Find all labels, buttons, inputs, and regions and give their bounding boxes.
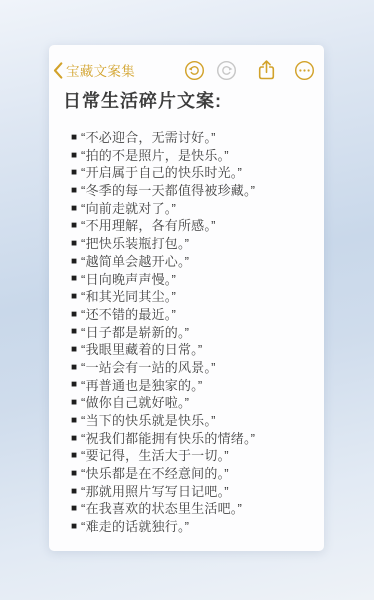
list-item-text: “一站会有一站的风景。” <box>81 359 216 377</box>
square-bullet-icon: ■ <box>71 380 77 390</box>
square-bullet-icon: ■ <box>71 274 77 284</box>
list-item: ■ “和其光同其尘。” <box>71 288 318 306</box>
list-item-text: “当下的快乐就是快乐。” <box>81 412 216 430</box>
square-bullet-icon: ■ <box>71 398 77 408</box>
list-item: ■ “再普通也是独家的。” <box>71 377 318 395</box>
share-icon[interactable] <box>256 59 277 81</box>
list-item: ■ “那就用照片写写日记吧。” <box>71 483 318 501</box>
square-bullet-icon: ■ <box>71 434 77 444</box>
list-item: ■ “在我喜欢的状态里生活吧。” <box>71 500 318 518</box>
list-item-text: “祝我们都能拥有快乐的情绪。” <box>81 430 255 448</box>
square-bullet-icon: ■ <box>71 310 77 320</box>
list-item: ■ “快乐都是在不经意间的。” <box>71 465 318 483</box>
nav-bar: 宝藏文案集 <box>53 58 315 82</box>
square-bullet-icon: ■ <box>71 257 77 267</box>
square-bullet-icon: ■ <box>71 186 77 196</box>
undo-icon[interactable] <box>184 60 205 81</box>
list-item-text: “还不错的最近。” <box>81 306 176 324</box>
square-bullet-icon: ■ <box>71 204 77 214</box>
list-item: ■ “把快乐装瓶打包。” <box>71 235 318 253</box>
list-item: ■ “越简单会越开心。” <box>71 253 318 271</box>
list-item: ■ “不必迎合，无需讨好。” <box>71 129 318 147</box>
square-bullet-icon: ■ <box>71 345 77 355</box>
list-item-text: “我眼里藏着的日常。” <box>81 341 202 359</box>
page-background: { "colors": { "accent": "#d2a22a", "icon… <box>0 0 374 600</box>
list-item-text: “不用理解，各有所感。” <box>81 217 216 235</box>
list-item-text: “开启属于自己的快乐时光。” <box>81 164 242 182</box>
list-item: ■ “拍的不是照片，是快乐。” <box>71 147 318 165</box>
square-bullet-icon: ■ <box>71 221 77 231</box>
list-item: ■ “冬季的每一天都值得被珍藏。” <box>71 182 318 200</box>
list-item-text: “日子都是崭新的。” <box>81 324 189 342</box>
square-bullet-icon: ■ <box>71 363 77 373</box>
square-bullet-icon: ■ <box>71 451 77 461</box>
square-bullet-icon: ■ <box>71 133 77 143</box>
square-bullet-icon: ■ <box>71 522 77 532</box>
square-bullet-icon: ■ <box>71 151 77 161</box>
list-item: ■ “当下的快乐就是快乐。” <box>71 412 318 430</box>
list-item-text: “向前走就对了。” <box>81 200 176 218</box>
square-bullet-icon: ■ <box>71 504 77 514</box>
list-item-text: “和其光同其尘。” <box>81 288 176 306</box>
redo-icon[interactable] <box>216 60 237 81</box>
list-item-text: “越简单会越开心。” <box>81 253 189 271</box>
list-item: ■ “向前走就对了。” <box>71 200 318 218</box>
list-item-text: “难走的话就独行。” <box>81 518 189 536</box>
list-item: ■ “还不错的最近。” <box>71 306 318 324</box>
list-item: ■ “不用理解，各有所感。” <box>71 217 318 235</box>
list-item: ■ “开启属于自己的快乐时光。” <box>71 164 318 182</box>
note-body[interactable]: ■ “不必迎合，无需讨好。” ■ “拍的不是照片，是快乐。” ■ “开启属于自己… <box>71 129 318 536</box>
list-item-text: “不必迎合，无需讨好。” <box>81 129 216 147</box>
list-item-text: “把快乐装瓶打包。” <box>81 235 189 253</box>
list-item: ■ “祝我们都能拥有快乐的情绪。” <box>71 430 318 448</box>
list-item-text: “要记得，生活大于一切。” <box>81 447 229 465</box>
more-icon[interactable] <box>294 60 315 81</box>
note-title: 日常生活碎片文案: <box>63 87 222 113</box>
square-bullet-icon: ■ <box>71 292 77 302</box>
list-item: ■ “日子都是崭新的。” <box>71 324 318 342</box>
list-item: ■ “日向晚声声慢。” <box>71 271 318 289</box>
square-bullet-icon: ■ <box>71 416 77 426</box>
square-bullet-icon: ■ <box>71 239 77 249</box>
square-bullet-icon: ■ <box>71 168 77 178</box>
list-item-text: “在我喜欢的状态里生活吧。” <box>81 500 242 518</box>
list-item: ■ “难走的话就独行。” <box>71 518 318 536</box>
back-button[interactable]: 宝藏文案集 <box>53 60 135 80</box>
list-item-text: “快乐都是在不经意间的。” <box>81 465 229 483</box>
square-bullet-icon: ■ <box>71 469 77 479</box>
list-item: ■ “要记得，生活大于一切。” <box>71 447 318 465</box>
nav-icon-group <box>184 59 315 81</box>
back-label: 宝藏文案集 <box>66 60 135 80</box>
note-card: 宝藏文案集 <box>49 45 324 551</box>
list-item-text: “做你自己就好啦。” <box>81 394 189 412</box>
list-item-text: “日向晚声声慢。” <box>81 271 176 289</box>
list-item-text: “拍的不是照片，是快乐。” <box>81 147 229 165</box>
list-item-text: “那就用照片写写日记吧。” <box>81 483 229 501</box>
square-bullet-icon: ■ <box>71 487 77 497</box>
list-item: ■ “做你自己就好啦。” <box>71 394 318 412</box>
list-item: ■ “我眼里藏着的日常。” <box>71 341 318 359</box>
list-item: ■ “一站会有一站的风景。” <box>71 359 318 377</box>
square-bullet-icon: ■ <box>71 327 77 337</box>
list-item-text: “冬季的每一天都值得被珍藏。” <box>81 182 255 200</box>
chevron-left-icon <box>53 62 63 79</box>
list-item-text: “再普通也是独家的。” <box>81 377 202 395</box>
